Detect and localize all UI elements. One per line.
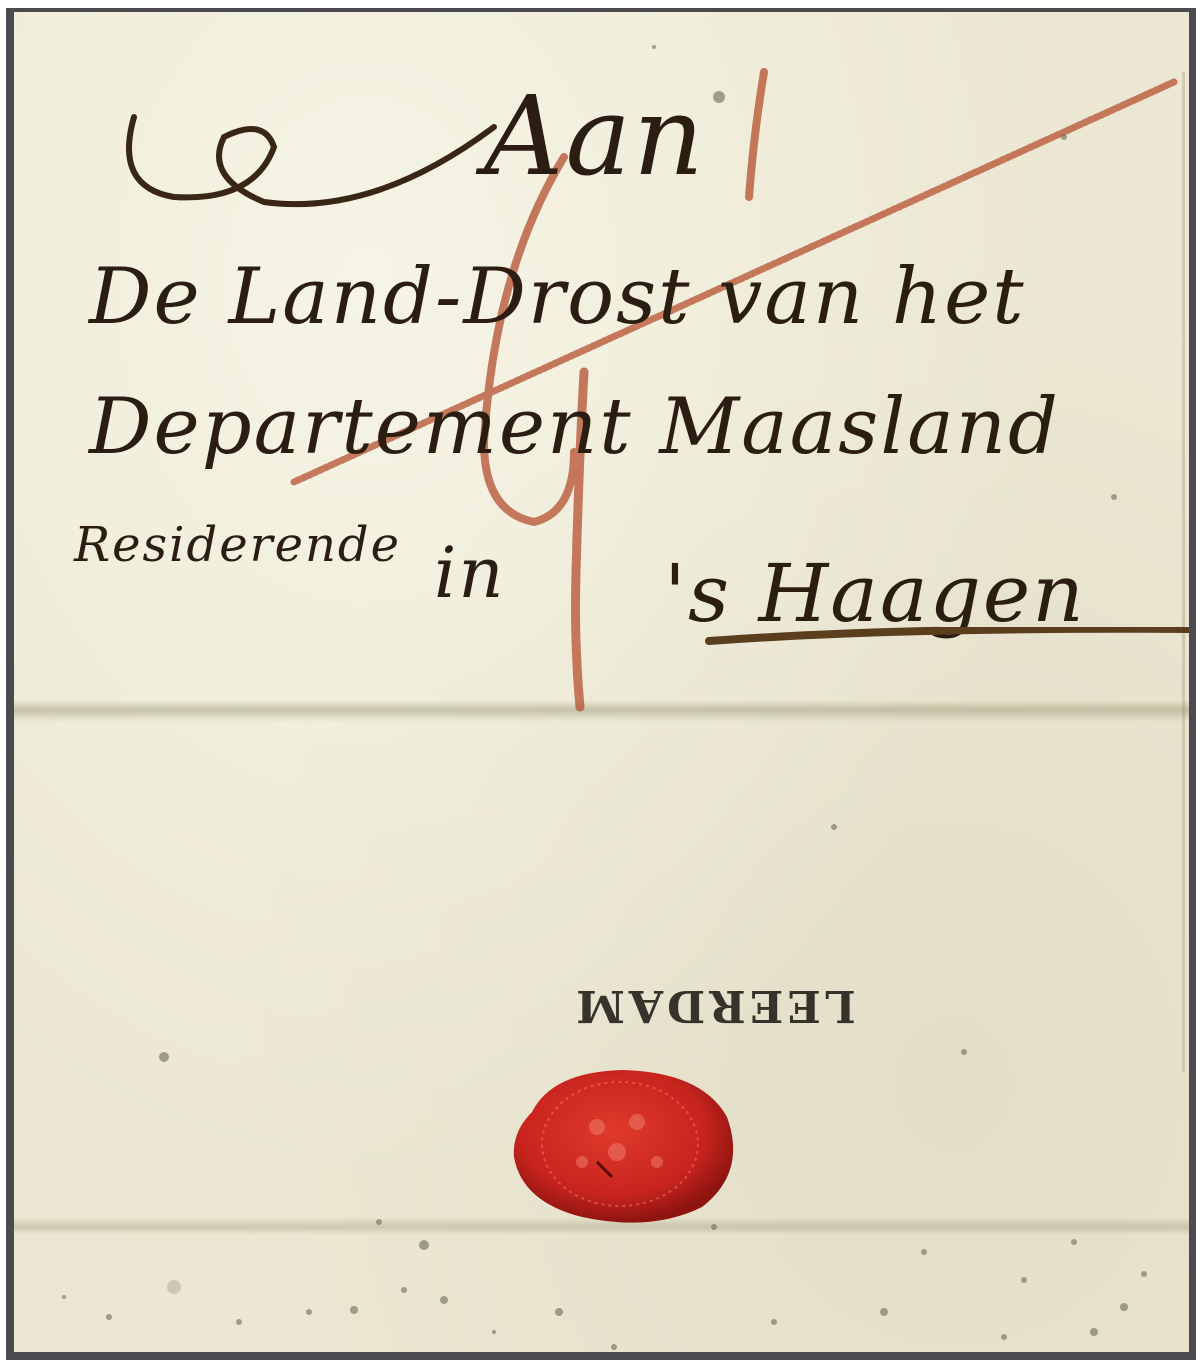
red-wax-seal [502,1062,742,1227]
address-line-3-prefix: Residerende [74,517,401,573]
address-line-3-abbrev: in [434,532,505,614]
city-underline-stroke [704,627,1189,645]
address-line-2: Departement Maasland [89,382,1060,472]
address-salutation: Aan [484,72,706,200]
leerdam-postmark: LEERDAM [524,980,904,1031]
fold-crease-upper [14,700,1189,722]
address-line-1: De Land-Drost van het [89,252,1026,342]
letter-cover: Aan De Land-Drost van het Departement Ma… [14,12,1189,1352]
salutation-flourish [114,97,514,217]
flap-edge [1182,72,1185,1072]
